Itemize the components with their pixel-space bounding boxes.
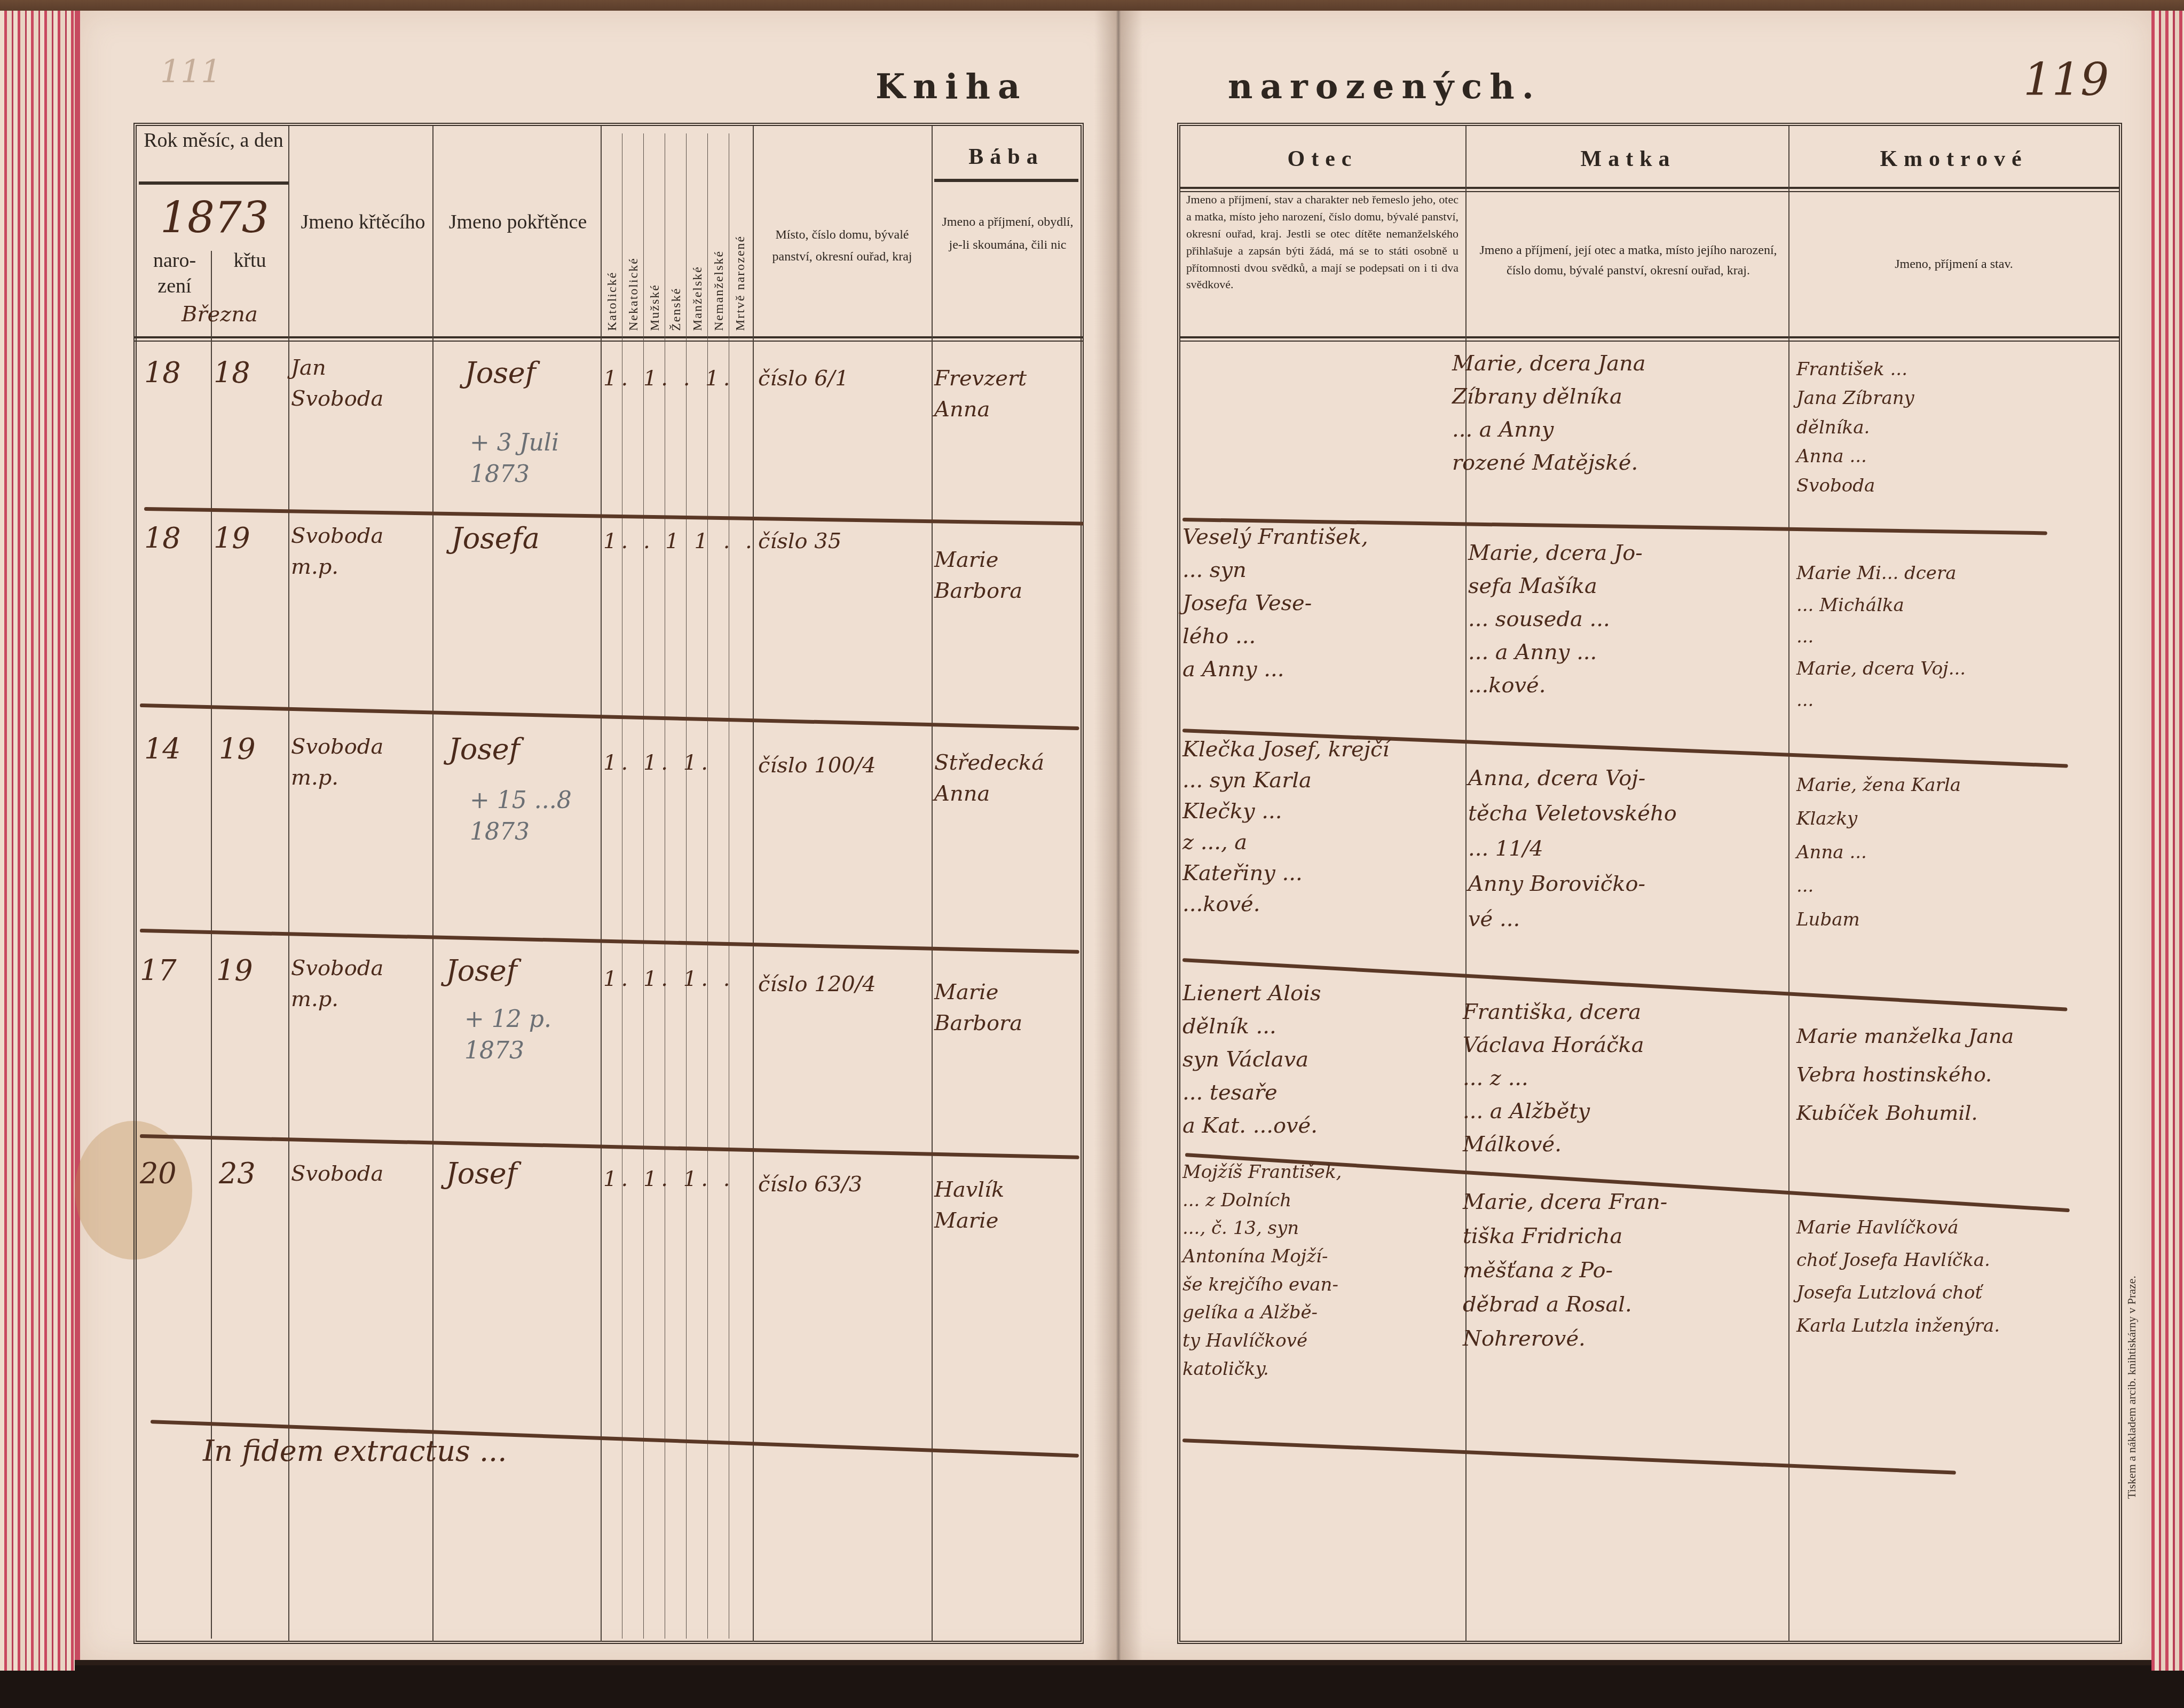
midwife-name: Marie Barbora [934, 544, 1022, 606]
book-title-left: Kniha [876, 67, 1027, 107]
status-marks: 1. 1. . 1. [603, 363, 734, 394]
death-note: + 15 ...8 1873 [470, 785, 572, 848]
mother-entry: Marie, dcera Jana Zíbrany dělníka ... a … [1452, 347, 1646, 479]
header-place: Místo, číslo domu, bývalé panství, okres… [758, 224, 926, 268]
header-illegitimate: Nemanželské [711, 219, 727, 331]
col-divider [665, 133, 665, 1639]
house-number: číslo 100/4 [758, 750, 876, 781]
mother-entry: Marie, dcera Jo- sefa Mašíka ... souseda… [1468, 536, 1643, 702]
godparents-entry: Marie, žena Karla Klazky Anna ... ... Lu… [1796, 769, 1961, 936]
child-name: Josef [464, 352, 536, 394]
col-divider [686, 133, 687, 1639]
born-day: 17 [140, 950, 177, 992]
page-edges-left [0, 11, 75, 1671]
status-marks: 1. 1. 1. . [603, 963, 734, 994]
baptism-day: 18 [214, 352, 250, 394]
header-born: naro- zení [140, 248, 209, 299]
col-divider [432, 126, 433, 1642]
header-noncatholic: Nekatolické [626, 224, 642, 331]
col-divider [643, 133, 644, 1639]
born-day: 14 [144, 729, 181, 770]
col-divider [288, 126, 289, 1642]
header-godparents-sub: Jmeno, příjmení a stav. [1794, 256, 2114, 272]
col-divider [729, 133, 729, 1639]
house-number: číslo 120/4 [758, 969, 876, 1000]
father-entry: Klečka Josef, krejčí ... syn Karla Klečk… [1182, 734, 1389, 920]
death-note: + 3 Juli 1873 [470, 427, 559, 491]
midwife-header-rule [934, 179, 1078, 182]
house-number: číslo 35 [758, 526, 841, 557]
midwife-name: Marie Barbora [934, 977, 1022, 1039]
header-midwife: Bába [934, 143, 1078, 171]
baptism-day: 19 [214, 518, 250, 559]
child-name: Josef [446, 950, 517, 992]
right-header-bottom-rule [1180, 336, 2119, 342]
header-month-handwritten: Března [182, 299, 258, 330]
baptism-day: 23 [219, 1153, 256, 1195]
header-baptizer: Jmeno křtěcího [299, 200, 427, 245]
book-title-right: narozených. [1228, 67, 1541, 107]
baptizer-name: Svoboda m.p. [291, 953, 383, 1015]
left-header-bottom-rule [133, 336, 1084, 342]
born-day: 18 [144, 352, 181, 394]
header-female: Ženské [668, 262, 684, 331]
house-number: číslo 6/1 [758, 363, 849, 394]
col-divider [932, 126, 933, 1642]
header-year-handwritten: 1873 [160, 187, 269, 249]
godparents-entry: František ... Jana Zíbrany dělníka. Anna… [1796, 355, 1914, 500]
header-mother-sub: Jmeno a příjmení, její otec a matka, mís… [1479, 240, 1778, 281]
midwife-name: Středecká Anna [934, 747, 1044, 809]
header-child: Jmeno pokřtěnce [443, 200, 593, 245]
father-entry: Veselý František, ... syn Josefa Vese- l… [1182, 520, 1368, 686]
child-name: Josef [446, 1153, 517, 1195]
death-note: + 12 p. 1873 [464, 1003, 551, 1067]
header-stillborn: Mrtvě narozené [732, 213, 748, 331]
godparents-entry: Marie Havlíčková choť Josefa Havlíčka. J… [1796, 1212, 2000, 1342]
header-mother: Matka [1468, 145, 1788, 173]
header-date-group: Rok měsíc, a den [139, 128, 288, 154]
baptism-day: 19 [216, 950, 253, 992]
col-divider [1788, 126, 1789, 1642]
col-divider [707, 133, 708, 1639]
header-godparents: Kmotrové [1791, 145, 2117, 173]
page-edges-right [2151, 11, 2184, 1671]
baptism-day: 19 [219, 729, 256, 770]
baptizer-name: Svoboda m.p. [291, 731, 383, 793]
baptizer-name: Svoboda [291, 1158, 383, 1189]
baptizer-name: Svoboda m.p. [291, 520, 383, 582]
date-header-rule [139, 181, 288, 185]
header-midwife-sub: Jmeno a příjmení, obydlí, je-li skoumána… [940, 211, 1076, 257]
page-number: 119 [2023, 53, 2109, 106]
child-name: Josef [448, 729, 520, 770]
born-day: 18 [144, 518, 181, 559]
godparents-entry: Marie manželka Jana Vebra hostinského. K… [1796, 1017, 2014, 1133]
midwife-name: Frevzert Anna [934, 363, 1027, 425]
header-baptized: křtu [212, 248, 287, 274]
godparents-entry: Marie Mi... dcera ... Michálka ... Marie… [1796, 558, 1966, 717]
status-marks: 1. . 1 1 . . [603, 526, 756, 557]
mother-entry: Františka, dcera Václava Horáčka ... z .… [1463, 995, 1644, 1161]
child-name: Josefa [451, 518, 540, 559]
born-day: 20 [140, 1153, 177, 1195]
father-entry: Mojžíš František, ... z Dolních ..., č. … [1182, 1158, 1342, 1383]
status-marks: 1. 1. 1. [603, 747, 712, 778]
header-legitimate: Manželské [690, 235, 706, 331]
house-number: číslo 63/3 [758, 1169, 862, 1200]
mother-entry: Anna, dcera Voj- těcha Veletovského ... … [1468, 761, 1677, 937]
printer-imprint: Tiskem a nákladem arcib. knihtiskárny v … [2125, 1276, 2139, 1499]
col-divider [622, 133, 622, 1639]
header-father: Otec [1180, 145, 1465, 173]
certification-footnote: In fidem extractus ... [203, 1430, 507, 1472]
col-divider [753, 126, 754, 1642]
status-marks: 1. 1. 1. . [603, 1164, 734, 1195]
left-register-table [133, 123, 1084, 1644]
header-male: Mužské [647, 262, 663, 331]
book-gutter [1094, 11, 1142, 1660]
col-divider [601, 126, 602, 1642]
book-cover-bottom [0, 1665, 2184, 1708]
header-father-sub: Jmeno a příjmení, stav a charakter neb ř… [1186, 191, 1458, 293]
father-entry: Lienert Alois dělník ... syn Václava ...… [1182, 977, 1321, 1142]
baptizer-name: Jan Svoboda [291, 352, 383, 414]
mother-entry: Marie, dcera Fran- tiška Fridricha měšťa… [1463, 1185, 1667, 1356]
header-catholic: Katolické [604, 235, 620, 331]
bleed-through-mark: 111 [160, 53, 222, 91]
midwife-name: Havlík Marie [934, 1174, 1004, 1236]
